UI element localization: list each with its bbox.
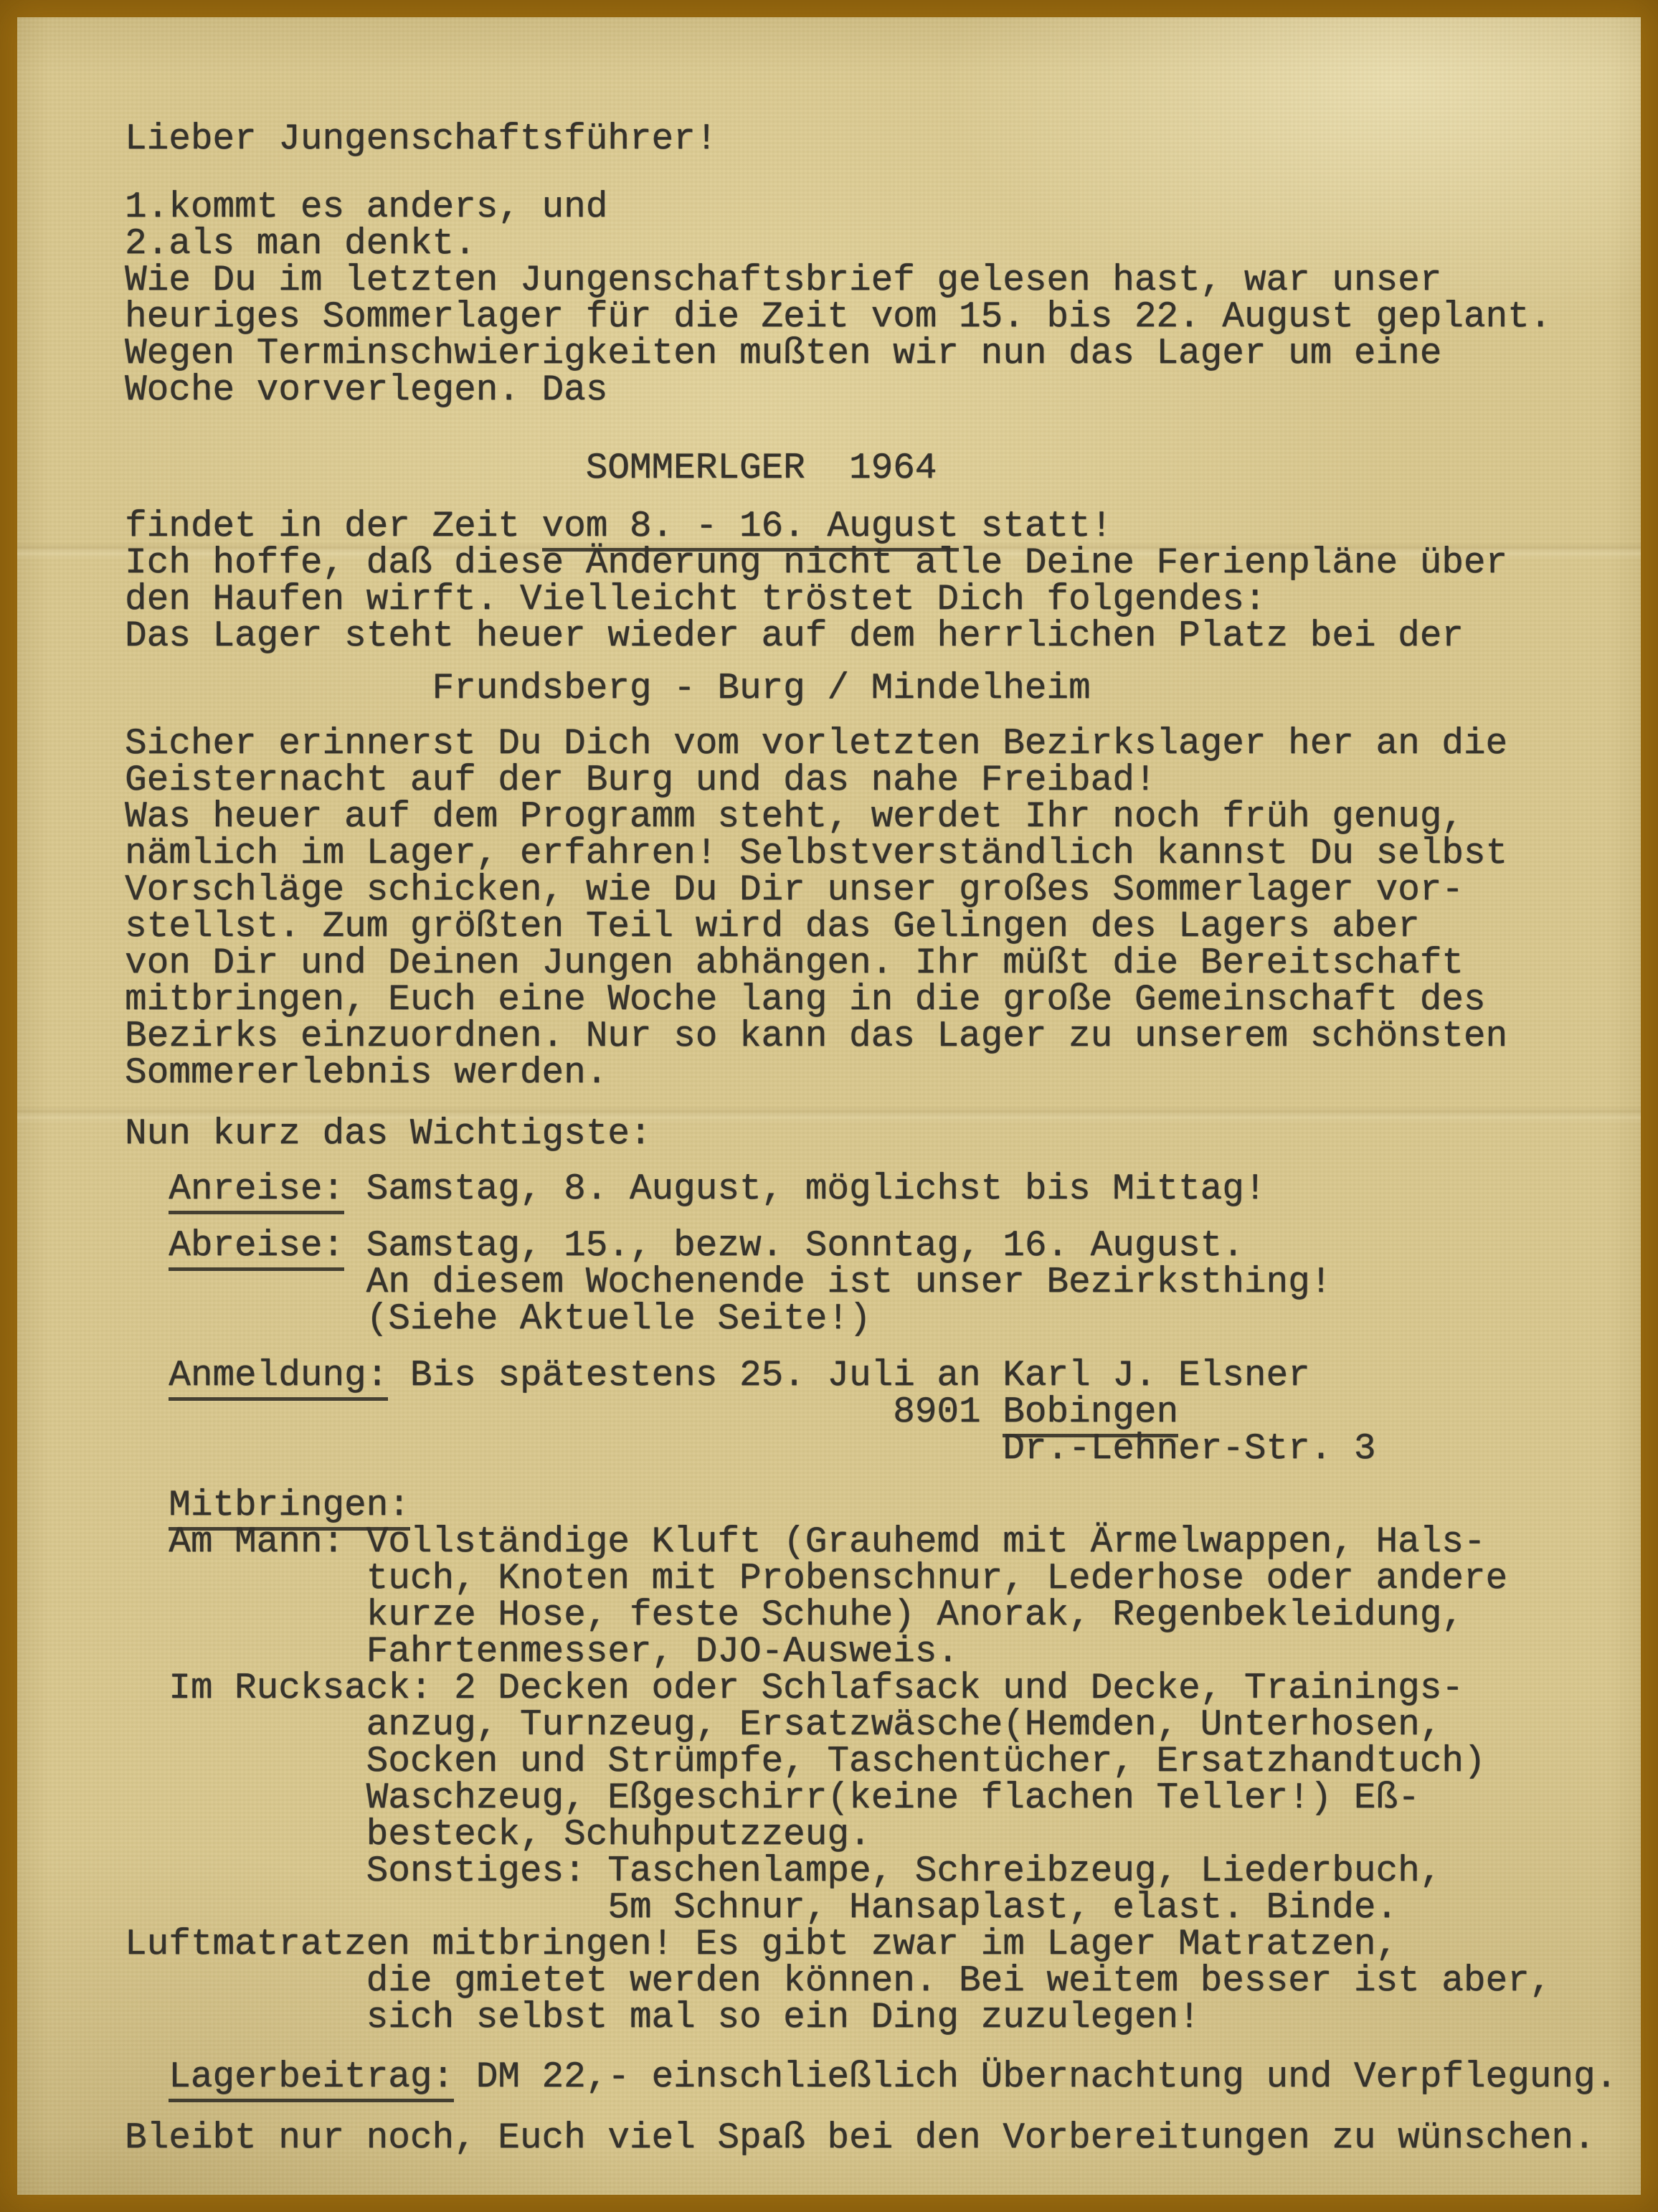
luftmatratzen-line-2: die gmietet werden können. Bei weitem be… (125, 1963, 1641, 2000)
line-text: tuch, Knoten mit Probenschnur, Lederhose… (125, 1559, 1507, 1599)
body-line-2: Geisternacht auf der Burg und das nahe F… (125, 762, 1641, 799)
line-text: Wie Du im letzten Jungenschaftsbrief gel… (125, 260, 1441, 301)
location-heading: Frundsberg - Burg / Mindelheim (125, 671, 1641, 707)
proverb-line-1: 1.kommt es anders, und (125, 189, 1641, 226)
abreise-note-1: An diesem Wochenende ist unser Bezirksth… (125, 1265, 1641, 1301)
line-text: Lieber Jungenschaftsführer! (125, 119, 717, 160)
line-text: den Haufen wirft. Vielleicht tröstet Dic… (125, 580, 1266, 620)
line-text: stellst. Zum größten Teil wird das Gelin… (125, 907, 1420, 947)
hope-line-2: den Haufen wirft. Vielleicht tröstet Dic… (125, 582, 1641, 618)
body-line-5: Vorschläge schicken, wie Du Dir unser gr… (125, 872, 1641, 909)
line-text: (Siehe Aktuelle Seite!) (125, 1299, 871, 1340)
sonstiges-line-1: Sonstiges: Taschenlampe, Schreibzeug, Li… (125, 1853, 1641, 1890)
line-text (125, 1226, 169, 1267)
rucksack-line-5: besteck, Schuhputzzeug. (125, 1817, 1641, 1853)
line-text (125, 1169, 169, 1210)
am-mann-line-1: Am Mann: Vollständige Kluft (Grauhemd mi… (125, 1524, 1641, 1561)
intro-line-3: Wegen Terminschwierigkeiten mußten wir n… (125, 336, 1641, 372)
body-line-3: Was heuer auf dem Programm steht, werdet… (125, 799, 1641, 836)
line-text: Luftmatratzen mitbringen! Es gibt zwar i… (125, 1924, 1398, 1965)
intro-line-1: Wie Du im letzten Jungenschaftsbrief gel… (125, 263, 1641, 299)
sonstiges-line-2: 5m Schnur, Hansaplast, elast. Binde. (125, 1890, 1641, 1927)
anreise-line: Anreise: Samstag, 8. August, möglichst b… (125, 1171, 1641, 1208)
luftmatratzen-line-3: sich selbst mal so ein Ding zuzulegen! (125, 2000, 1641, 2036)
line-text: Sicher erinnerst Du Dich vom vorletzten … (125, 724, 1507, 765)
line-text: Bezirks einzuordnen. Nur so kann das Lag… (125, 1016, 1507, 1057)
body-line-10: Sommererlebnis werden. (125, 1055, 1641, 1092)
lagerbeitrag-label: Lagerbeitrag: (169, 2057, 454, 2102)
am-mann-line-3: kurze Hose, feste Schuhe) Anorak, Regenb… (125, 1597, 1641, 1634)
line-text: 1.kommt es anders, und (125, 187, 607, 228)
intro-line-4: Woche vorverlegen. Das (125, 372, 1641, 409)
body-line-4: nämlich im Lager, erfahren! Selbstverstä… (125, 836, 1641, 872)
line-text: Nun kurz das Wichtigste: (125, 1114, 652, 1155)
line-text: Ich hoffe, daß diese Änderung nicht alle… (125, 543, 1507, 584)
line-text: Woche vorverlegen. Das (125, 370, 607, 411)
letter-paper: Lieber Jungenschaftsführer! 1.kommt es a… (17, 17, 1641, 2195)
body-line-6: stellst. Zum größten Teil wird das Gelin… (125, 909, 1641, 945)
camp-dates-line: findet in der Zeit vom 8. - 16. August s… (125, 509, 1641, 545)
line-text: Waschzeug, Eßgeschirr(keine flachen Tell… (125, 1778, 1420, 1819)
line-text: Samstag, 8. August, möglichst bis Mittag… (344, 1169, 1266, 1210)
anmeldung-line: Anmeldung: Bis spätestens 25. Juli an Ka… (125, 1358, 1641, 1394)
line-text: findet in der Zeit (125, 506, 542, 547)
heading-text: Frundsberg - Burg / Mindelheim (125, 668, 1091, 709)
heading-sommerlager-1964: SOMMERLGER 1964 (125, 450, 1641, 487)
rucksack-line-1: Im Rucksack: 2 Decken oder Schlafsack un… (125, 1670, 1641, 1707)
line-text: Bleibt nur noch, Euch viel Spaß bei den … (125, 2118, 1596, 2159)
line-text: Geisternacht auf der Burg und das nahe F… (125, 760, 1156, 801)
am-mann-line-2: tuch, Knoten mit Probenschnur, Lederhose… (125, 1561, 1641, 1597)
line-text: Im Rucksack: 2 Decken oder Schlafsack un… (125, 1668, 1464, 1709)
hope-line-3: Das Lager steht heuer wieder auf dem her… (125, 618, 1641, 655)
proverb-line-2: 2.als man denkt. (125, 226, 1641, 263)
body-line-9: Bezirks einzuordnen. Nur so kann das Lag… (125, 1018, 1641, 1055)
line-text: nämlich im Lager, erfahren! Selbstverstä… (125, 833, 1507, 874)
abreise-note-2: (Siehe Aktuelle Seite!) (125, 1301, 1641, 1338)
line-text: heuriges Sommerlager für die Zeit vom 15… (125, 297, 1551, 338)
line-text: statt! (959, 506, 1112, 547)
line-text: Socken und Strümpfe, Taschentücher, Ersa… (125, 1741, 1486, 1782)
line-text: Was heuer auf dem Programm steht, werdet… (125, 797, 1464, 838)
heading-text: SOMMERLGER 1964 (125, 448, 937, 489)
line-text: sich selbst mal so ein Ding zuzulegen! (125, 1998, 1200, 2038)
line-text: kurze Hose, feste Schuhe) Anorak, Regenb… (125, 1595, 1464, 1636)
rucksack-line-3: Socken und Strümpfe, Taschentücher, Ersa… (125, 1744, 1641, 1780)
closing-line: Bleibt nur noch, Euch viel Spaß bei den … (125, 2120, 1641, 2157)
line-text: Wegen Terminschwierigkeiten mußten wir n… (125, 334, 1441, 374)
am-mann-line-4: Fahrtenmesser, DJO-Ausweis. (125, 1634, 1641, 1670)
rucksack-line-4: Waschzeug, Eßgeschirr(keine flachen Tell… (125, 1780, 1641, 1817)
scanned-letter-frame: Lieber Jungenschaftsführer! 1.kommt es a… (0, 0, 1658, 2212)
line-text: DM 22,- einschließlich Übernachtung und … (454, 2057, 1617, 2098)
rucksack-line-2: anzug, Turnzeug, Ersatzwäsche(Hemden, Un… (125, 1707, 1641, 1744)
line-text (125, 2057, 169, 2098)
line-text: Am Mann: Vollständige Kluft (Grauhemd mi… (125, 1522, 1486, 1563)
hope-line-1: Ich hoffe, daß diese Änderung nicht alle… (125, 545, 1641, 582)
address-line-2: Dr.-Lehner-Str. 3 (125, 1431, 1641, 1467)
address-line-1: 8901 Bobingen (125, 1394, 1641, 1431)
line-text: 2.als man denkt. (125, 224, 476, 265)
body-line-1: Sicher erinnerst Du Dich vom vorletzten … (125, 726, 1641, 762)
line-text: Dr.-Lehner-Str. 3 (125, 1429, 1375, 1470)
line-text: Fahrtenmesser, DJO-Ausweis. (125, 1632, 959, 1673)
line-text: Das Lager steht heuer wieder auf dem her… (125, 616, 1464, 657)
line-text: 8901 (125, 1392, 1003, 1433)
line-text: besteck, Schuhputzzeug. (125, 1815, 871, 1856)
line-text: Sonstiges: Taschenlampe, Schreibzeug, Li… (125, 1851, 1441, 1892)
line-text: Samstag, 15., bezw. Sonntag, 16. August. (344, 1226, 1244, 1267)
line-text: von Dir und Deinen Jungen abhängen. Ihr … (125, 943, 1464, 984)
line-text: anzug, Turnzeug, Ersatzwäsche(Hemden, Un… (125, 1705, 1441, 1746)
abreise-line: Abreise: Samstag, 15., bezw. Sonntag, 16… (125, 1228, 1641, 1265)
line-text: An diesem Wochenende ist unser Bezirksth… (125, 1262, 1332, 1303)
anreise-label: Anreise: (169, 1169, 344, 1214)
luftmatratzen-line-1: Luftmatratzen mitbringen! Es gibt zwar i… (125, 1927, 1641, 1963)
line-text: Sommererlebnis werden. (125, 1053, 607, 1094)
body-line-7: von Dir und Deinen Jungen abhängen. Ihr … (125, 945, 1641, 982)
line-text (125, 1356, 169, 1396)
body-line-8: mitbringen, Euch eine Woche lang in die … (125, 982, 1641, 1018)
line-text: die gmietet werden können. Bei weitem be… (125, 1961, 1551, 2002)
lagerbeitrag-line: Lagerbeitrag: DM 22,- einschließlich Übe… (125, 2059, 1641, 2096)
intro-line-2: heuriges Sommerlager für die Zeit vom 15… (125, 299, 1641, 336)
line-text: Bis spätestens 25. Juli an Karl J. Elsne… (388, 1356, 1309, 1396)
line-text: Vorschläge schicken, wie Du Dir unser gr… (125, 870, 1464, 911)
mitbringen-heading: Mitbringen: (125, 1488, 1641, 1524)
wichtigste-heading: Nun kurz das Wichtigste: (125, 1116, 1641, 1153)
salutation-line: Lieber Jungenschaftsführer! (125, 121, 1641, 158)
line-text (125, 1485, 169, 1526)
line-text: 5m Schnur, Hansaplast, elast. Binde. (125, 1888, 1398, 1929)
line-text: mitbringen, Euch eine Woche lang in die … (125, 980, 1486, 1021)
